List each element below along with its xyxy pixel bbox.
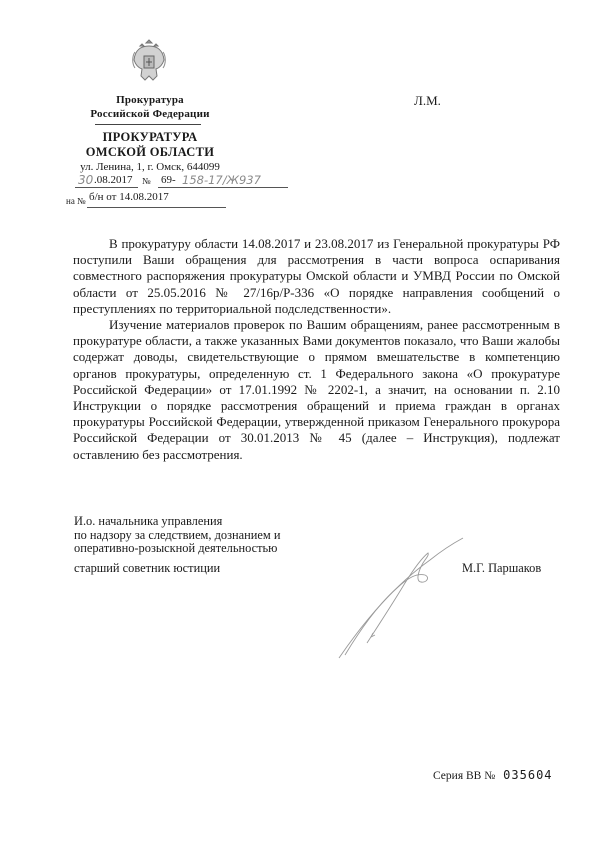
letter-body: В прокуратуру области 14.08.2017 и 23.08…: [73, 236, 560, 463]
number-handwritten: 158-17/Ж937: [182, 173, 261, 187]
date-day-handwritten: 30: [78, 173, 93, 187]
series-number: 035604: [503, 768, 552, 782]
reference-label: на №: [66, 196, 86, 206]
office-name-line2: ОМСКОЙ ОБЛАСТИ: [50, 145, 250, 160]
org-name-line1: Прокуратура: [50, 94, 250, 106]
position-line-1: И.о. начальника управления: [74, 515, 280, 529]
office-name-line1: ПРОКУРАТУРА: [50, 130, 250, 145]
date-month-year: .08.2017: [94, 174, 133, 186]
body-paragraph-2: Изучение материалов проверок по Вашим об…: [73, 317, 560, 463]
reference-value: б/н от 14.08.2017: [89, 191, 169, 203]
series-label: Серия ВВ №: [433, 770, 495, 782]
form-series: Серия ВВ №035604: [433, 768, 553, 782]
reference-line: на № б/н от 14.08.2017: [66, 191, 266, 207]
header-divider: [95, 124, 201, 125]
number-underline: [158, 187, 288, 188]
position-line-3: оперативно-розыскной деятельностью: [74, 542, 280, 556]
outgoing-number-line: 30 .08.2017 № 69- 158-17/Ж937: [75, 174, 275, 190]
reference-underline: [87, 207, 226, 208]
handwritten-signature-icon: [335, 525, 465, 660]
position-line-2: по надзору за следствием, дознанием и: [74, 529, 280, 543]
signatory-rank: старший советник юстиции: [74, 561, 220, 576]
number-label: №: [142, 176, 151, 186]
body-paragraph-1: В прокуратуру области 14.08.2017 и 23.08…: [73, 236, 560, 317]
org-name-line2: Российской Федерации: [50, 108, 250, 120]
office-address: ул. Ленина, 1, г. Омск, 644099: [50, 161, 250, 173]
date-underline: [75, 187, 138, 188]
number-printed: 69-: [161, 174, 176, 186]
coat-of-arms-icon: [129, 36, 169, 86]
signatory-name: М.Г. Паршаков: [462, 561, 541, 576]
recipient-initials: Л.М.: [414, 93, 441, 109]
signatory-position: И.о. начальника управления по надзору за…: [74, 515, 280, 556]
